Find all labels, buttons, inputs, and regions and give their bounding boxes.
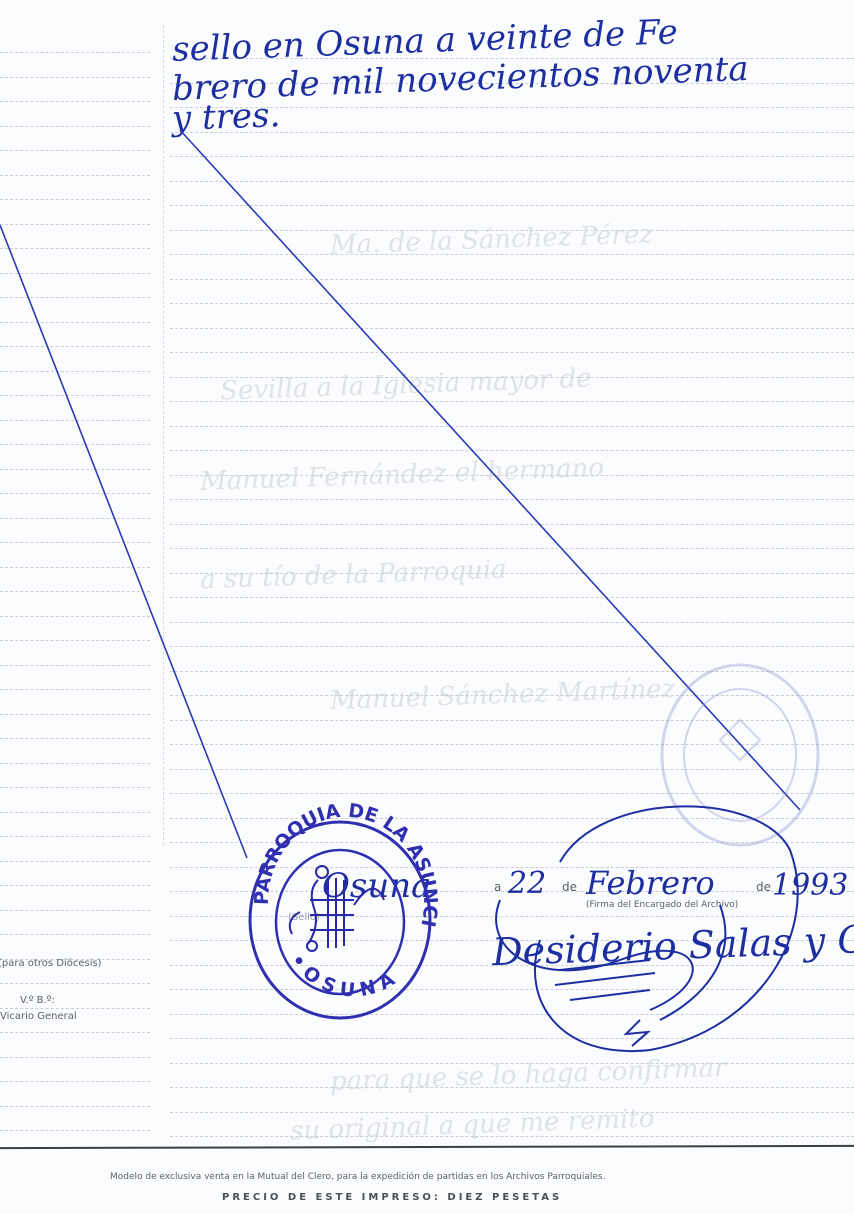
ink-overlay: PARROQUIA DE LA ASUNCION • O S U N A • [0,0,854,1214]
parish-stamp-icon: PARROQUIA DE LA ASUNCION • O S U N A • [0,0,441,1018]
certificate-page: Ma. de la Sánchez Pérez Sevilla a la Igl… [0,0,854,1214]
faint-stamp-icon [662,665,818,845]
cancel-line-left [0,225,247,858]
cancel-line-right [180,130,800,810]
svg-text:• O S U N A •: • O S U N A • [0,0,404,1002]
